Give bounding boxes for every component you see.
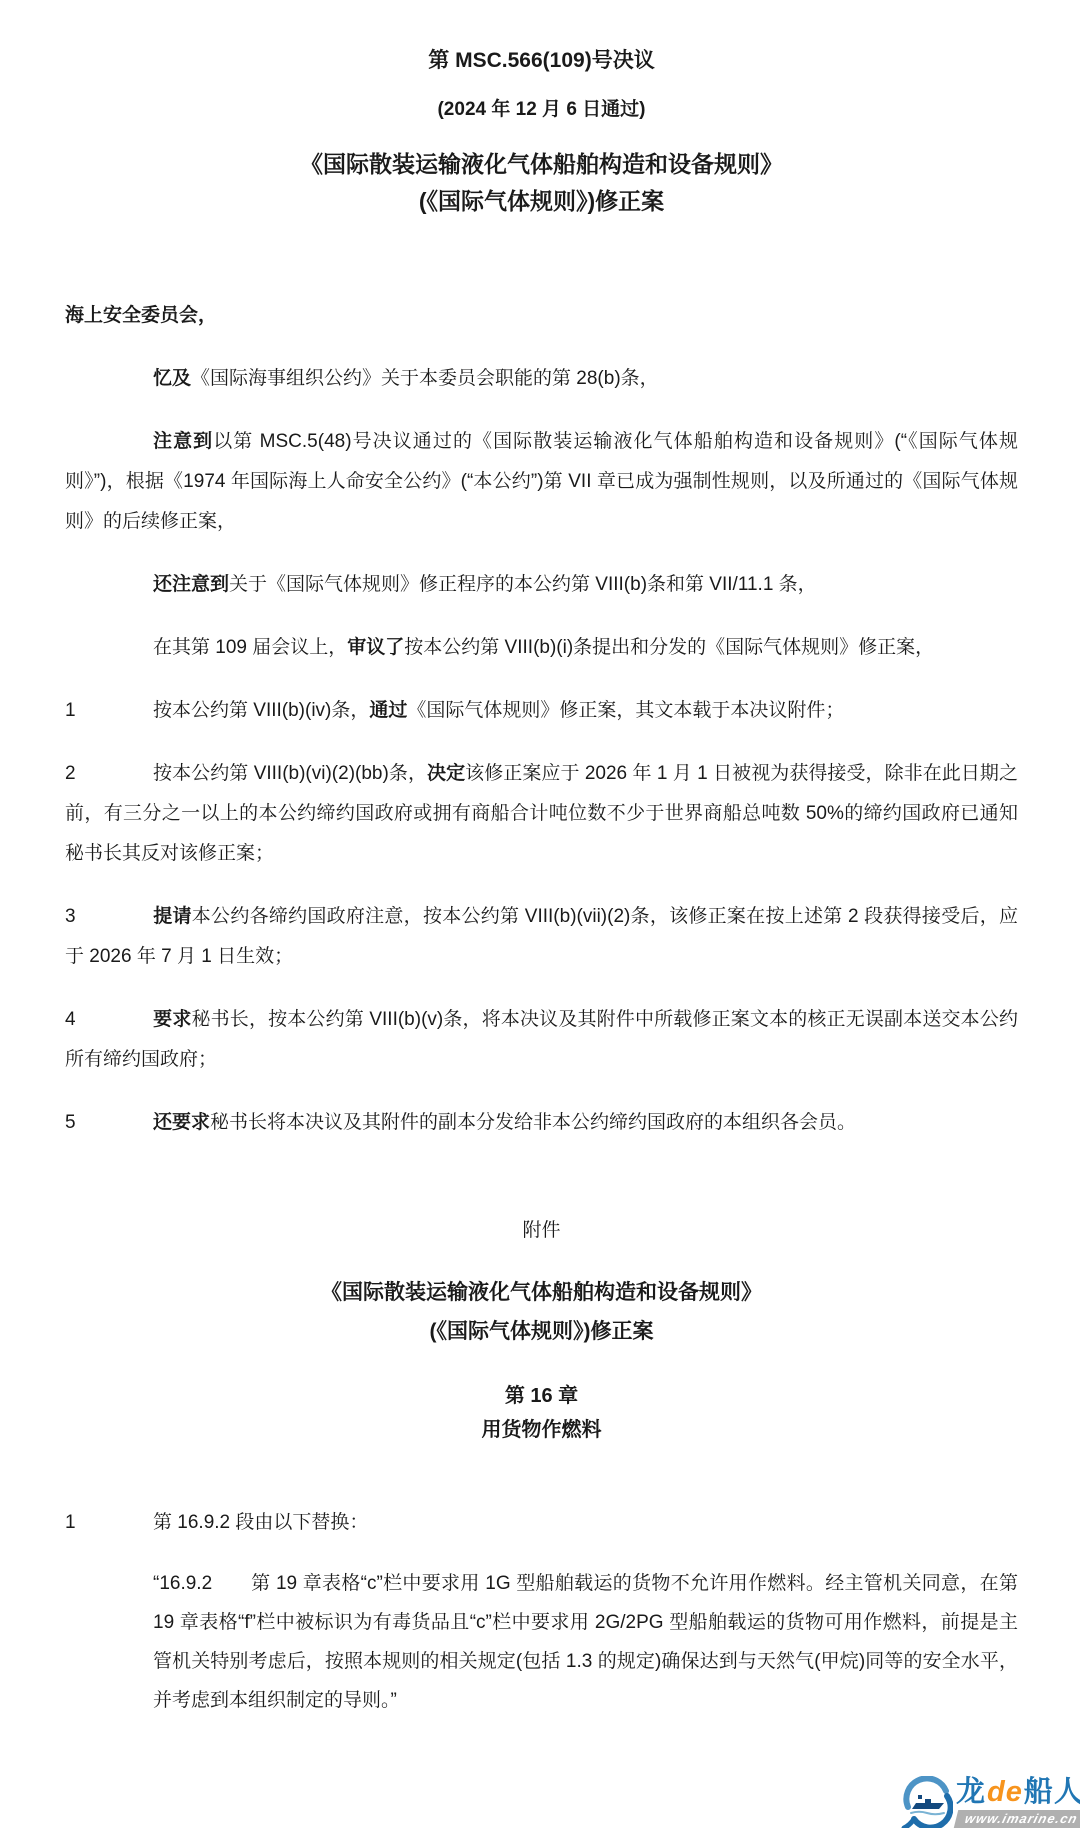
paragraph-text: 要求秘书长，按本公约第 VIII(b)(v)条，将本决议及其附件中所载修正案文本… xyxy=(65,1009,1018,1070)
amendment-instruction: 1第 16.9.2 段由以下替换： xyxy=(65,1503,1018,1543)
operative-paragraph-4: 4要求秘书长，按本公约第 VIII(b)(v)条，将本决议及其附件中所载修正案文… xyxy=(65,1000,1018,1080)
paragraph-text: 还要求秘书长将本决议及其附件的副本分发给非本公约缔约国政府的本组织各会员。 xyxy=(153,1112,856,1133)
preamble-noting-further-clause: 还注意到关于《国际气体规则》修正程序的本公约第 VIII(b)条和第 VII/1… xyxy=(65,565,1018,605)
paragraph-text: 按本公约第 VIII(b)(iv)条，通过《国际气体规则》修正案，其文本载于本决… xyxy=(153,700,844,721)
chapter-heading: 第 16 章 用货物作燃料 xyxy=(65,1379,1018,1447)
code-title: 《国际散装运输液化气体船舶构造和设备规则》 (《国际气体规则》)修正案 xyxy=(65,146,1018,220)
paragraph-number: 3 xyxy=(65,897,153,937)
resolution-number-title: 第 MSC.566(109)号决议 xyxy=(65,46,1018,76)
operative-paragraph-5: 5还要求秘书长将本决议及其附件的副本分发给非本公约缔约国政府的本组织各会员。 xyxy=(65,1103,1018,1143)
annex-title-line1: 《国际散装运输液化气体船舶构造和设备规则》 xyxy=(65,1273,1018,1312)
brand-url-banner: www.imarine.cn xyxy=(954,1810,1080,1828)
annex-title-line2: (《国际气体规则》)修正案 xyxy=(65,1312,1018,1351)
annex-label: 附件 xyxy=(65,1211,1018,1251)
document-page: 第 MSC.566(109)号决议 (2024 年 12 月 6 日通过) 《国… xyxy=(0,0,1080,1837)
chapter-title: 用货物作燃料 xyxy=(65,1413,1018,1447)
ship-logo-icon xyxy=(901,1776,953,1828)
preamble-recalling-clause: 忆及《国际海事组织公约》关于本委员会职能的第 28(b)条， xyxy=(65,359,1018,399)
brand-name: 龙de船人 xyxy=(956,1776,1080,1809)
replacement-paragraph: “16.9.2 第 19 章表格“c”栏中要求用 1G 型船舶载运的货物不允许用… xyxy=(153,1564,1018,1720)
preamble-noting-clause: 注意到以第 MSC.5(48)号决议通过的《国际散装运输液化气体船舶构造和设备规… xyxy=(65,422,1018,542)
watermark-text-block: 龙de船人 www.imarine.cn xyxy=(956,1776,1080,1828)
watermark-logo: 龙de船人 www.imarine.cn xyxy=(901,1776,1080,1828)
paragraph-number: 4 xyxy=(65,1000,153,1040)
chapter-number: 第 16 章 xyxy=(65,1379,1018,1413)
paragraph-number: 1 xyxy=(65,691,153,731)
code-title-line1: 《国际散装运输液化气体船舶构造和设备规则》 xyxy=(65,146,1018,183)
brand-name-de: de xyxy=(986,1776,1024,1808)
operative-paragraph-2: 2按本公约第 VIII(b)(vi)(2)(bb)条，决定该修正案应于 2026… xyxy=(65,754,1018,874)
document-content: 第 MSC.566(109)号决议 (2024 年 12 月 6 日通过) 《国… xyxy=(0,46,1080,1720)
paragraph-text: 提请本公约各缔约国政府注意，按本公约第 VIII(b)(vii)(2)条，该修正… xyxy=(65,906,1018,967)
paragraph-text: 按本公约第 VIII(b)(vi)(2)(bb)条，决定该修正案应于 2026 … xyxy=(65,763,1018,864)
brand-name-cn2: 船人 xyxy=(1024,1776,1080,1808)
brand-name-cn1: 龙 xyxy=(956,1776,986,1808)
adoption-date: (2024 年 12 月 6 日通过) xyxy=(65,96,1018,124)
brand-url: www.imarine.cn xyxy=(963,1811,1079,1827)
operative-paragraph-1: 1按本公约第 VIII(b)(iv)条，通过《国际气体规则》修正案，其文本载于本… xyxy=(65,691,1018,731)
operative-paragraph-3: 3提请本公约各缔约国政府注意，按本公约第 VIII(b)(vii)(2)条，该修… xyxy=(65,897,1018,977)
code-title-line2: (《国际气体规则》)修正案 xyxy=(65,183,1018,220)
annex-title: 《国际散装运输液化气体船舶构造和设备规则》 (《国际气体规则》)修正案 xyxy=(65,1273,1018,1351)
paragraph-number: 1 xyxy=(65,1503,153,1543)
paragraph-number: 2 xyxy=(65,754,153,794)
amendment-instruction-text: 第 16.9.2 段由以下替换： xyxy=(153,1512,368,1533)
committee-heading: 海上安全委员会， xyxy=(65,296,1018,336)
paragraph-number: 5 xyxy=(65,1103,153,1143)
preamble-having-considered-clause: 在其第 109 届会议上，审议了按本公约第 VIII(b)(i)条提出和分发的《… xyxy=(65,628,1018,668)
